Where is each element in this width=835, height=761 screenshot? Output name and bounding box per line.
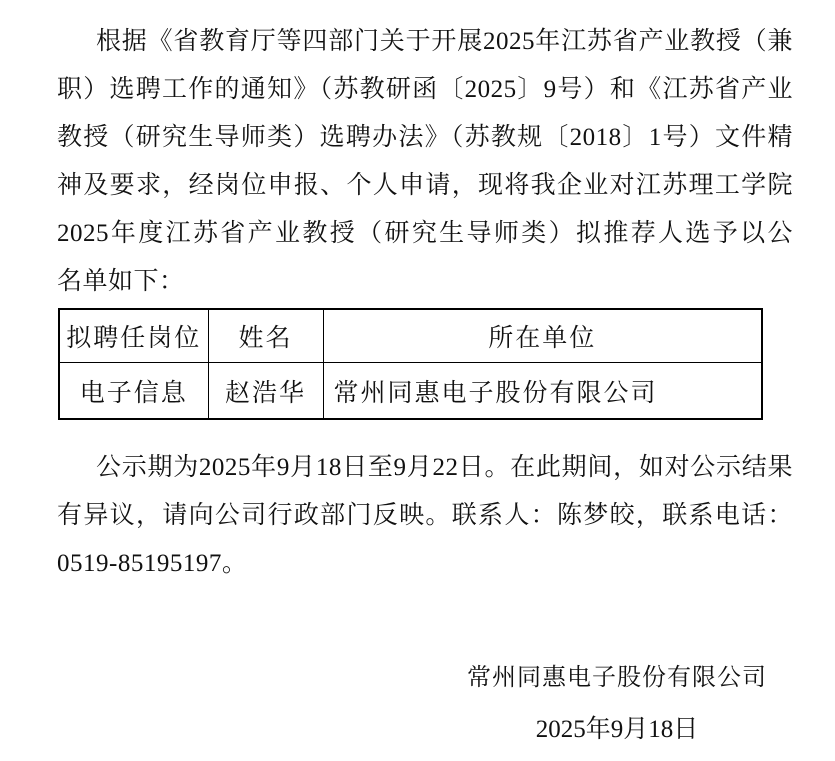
table-header-name: 姓名 <box>208 309 323 363</box>
paragraph-intro-line-3: 教授（研究生导师类）选聘办法》（苏教规〔2018〕1号）文件精 <box>57 114 793 162</box>
paragraph-publicity-line-2: 有异议，请向公司行政部门反映。联系人：陈梦皎，联系电话： <box>57 492 793 540</box>
paragraph-publicity-line-3: 0519-85195197。 <box>57 540 793 588</box>
table-cell-unit: 常州同惠电子股份有限公司 <box>323 363 762 420</box>
table-header-row: 拟聘任岗位 姓名 所在单位 <box>59 309 762 363</box>
signature-company: 常州同惠电子股份有限公司 <box>467 654 767 702</box>
table-cell-position: 电子信息 <box>59 363 208 420</box>
paragraph-publicity-period: 公示期为2025年9月18日至9月22日。在此期间，如对公示结果 有异议，请向公… <box>57 444 793 588</box>
paragraph-publicity-line-1: 公示期为2025年9月18日至9月22日。在此期间，如对公示结果 <box>57 444 793 492</box>
table-header-unit: 所在单位 <box>323 309 762 363</box>
paragraph-intro-line-5: 2025年度江苏省产业教授（研究生导师类）拟推荐人选予以公示， <box>57 210 793 258</box>
paragraph-intro-line-2: 职）选聘工作的通知》（苏教研函〔2025〕9号）和《江苏省产业 <box>57 66 793 114</box>
signature-block: 常州同惠电子股份有限公司 2025年9月18日 <box>467 654 767 754</box>
table-row: 电子信息 赵浩华 常州同惠电子股份有限公司 <box>59 363 762 420</box>
paragraph-intro-line-6: 名单如下： <box>57 258 793 306</box>
signature-date: 2025年9月18日 <box>467 706 767 754</box>
table-cell-name: 赵浩华 <box>208 363 323 420</box>
paragraph-intro-line-1: 根据《省教育厅等四部门关于开展2025年江苏省产业教授（兼 <box>57 18 793 66</box>
announcement-table: 拟聘任岗位 姓名 所在单位 电子信息 赵浩华 常州同惠电子股份有限公司 <box>58 308 763 420</box>
paragraph-intro: 根据《省教育厅等四部门关于开展2025年江苏省产业教授（兼 职）选聘工作的通知》… <box>57 18 793 306</box>
document-page: 根据《省教育厅等四部门关于开展2025年江苏省产业教授（兼 职）选聘工作的通知》… <box>0 0 835 761</box>
paragraph-intro-line-4: 神及要求，经岗位申报、个人申请，现将我企业对江苏理工学院 <box>57 162 793 210</box>
table-header-position: 拟聘任岗位 <box>59 309 208 363</box>
